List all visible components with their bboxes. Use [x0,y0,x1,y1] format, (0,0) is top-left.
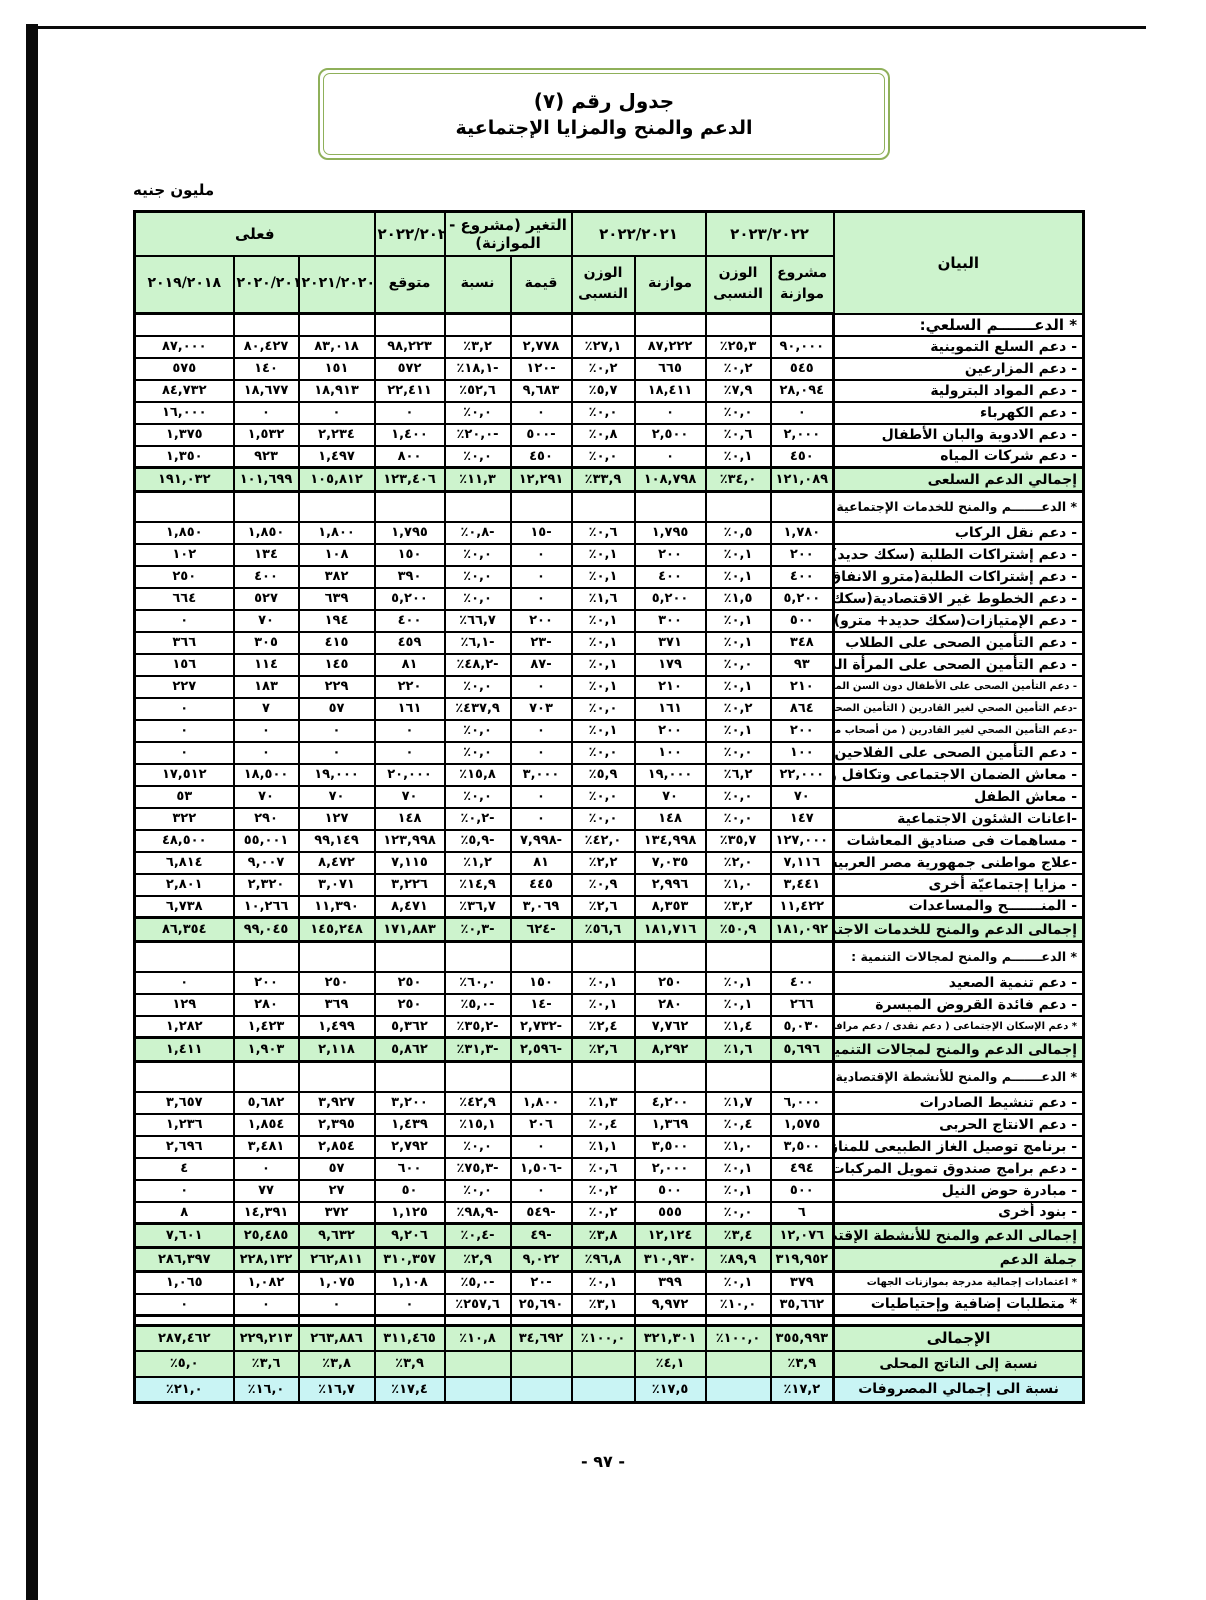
table-row: - دعم الادوية والبان الأطفال٢,٠٠٠٪٠,٦٢,٥… [135,424,1084,446]
statement-cell: الإجمالى [834,1326,1084,1351]
section-header-cell: * الدعـــــــم السلعي: [834,314,1084,336]
value-cell: ٢٢٩ [299,676,375,698]
value-cell: ١,٣٥٠ [135,446,234,468]
value-cell: ٢٠٠ [771,720,834,742]
value-cell: ٪٣,١ [572,1294,635,1316]
value-cell: ١٨,٦٧٧ [234,380,299,402]
value-cell: ٢٥,٦٩٠ [511,1294,572,1316]
value-cell: ١٢٣,٤٠٦ [375,468,445,492]
value-cell: ١,١٢٥ [375,1202,445,1224]
statement-cell: نسبة إلى الناتج المحلى [834,1351,1084,1377]
statement-cell: - دعم الكهرباء [834,402,1084,424]
value-cell [299,314,375,336]
value-cell: ٤٥٠ [771,446,834,468]
value-cell: ٪٤٢,٠ [572,830,635,852]
value-cell: ٪٩٨,٩- [445,1202,511,1224]
value-cell: ٪٠,٠ [706,1202,771,1224]
value-cell [706,314,771,336]
value-cell: ٢٧ [299,1180,375,1202]
value-cell: ٪٠,٠ [706,654,771,676]
value-cell: ١٨,٤١١ [635,380,706,402]
value-cell: ١٤٨ [635,808,706,830]
value-cell: ٠ [635,402,706,424]
value-cell: ٪٤٣٧,٩ [445,698,511,720]
header-subcolumn: نسبة [445,256,511,314]
value-cell: ٠ [135,1180,234,1202]
value-cell: ١٦١ [635,698,706,720]
value-cell: ٪١,٣ [572,1092,635,1114]
value-cell [635,492,706,522]
header-group: التغير (مشروع - الموازنة) [445,212,572,256]
statement-cell: إجمالى الدعم والمنح للخدمات الاجتماعية [834,918,1084,942]
value-cell: ٨,٣٥٣ [635,896,706,918]
value-cell: ٪١,٢ [445,852,511,874]
statement-cell: - المنـــــــح والمساعدات [834,896,1084,918]
value-cell: ١٥٦ [135,654,234,676]
value-cell: ١٠٨ [299,544,375,566]
table-row: * دعم الإسكان الإجتماعى ( دعم نقدى / دعم… [135,1016,1084,1038]
value-cell: ٪٢,٩ [445,1248,511,1272]
value-cell: ٪٣٤,٠ [706,468,771,492]
value-cell: ٧,٩٩٨- [511,830,572,852]
value-cell: ٪٠,١ [572,654,635,676]
value-cell: ٪٤٢,٩ [445,1092,511,1114]
value-cell: ٪٤٨,٢- [445,654,511,676]
value-cell: ٢٢٧ [135,676,234,698]
value-cell: ٢,٢٣٤ [299,424,375,446]
statement-cell: - دعم المزارعين [834,358,1084,380]
value-cell: ٢٨٧,٤٦٢ [135,1326,234,1351]
value-cell: ٪٠,٠ [572,402,635,424]
value-cell: ٢٥٠ [635,972,706,994]
value-cell: ١٠٨,٧٩٨ [635,468,706,492]
value-cell [511,1062,572,1092]
value-cell: ٢٢,٤١١ [375,380,445,402]
table-row: إجمالى الدعم والمنح لمجالات التنمية٥,٦٩٦… [135,1038,1084,1062]
value-cell: ٪٠,٢ [572,1202,635,1224]
statement-cell: - بنود أخرى [834,1202,1084,1224]
table-row: -دعم التأمين الصحي لغير القادرين ( التأم… [135,698,1084,720]
table-row: * الدعـــــــم السلعي: [135,314,1084,336]
statement-cell: إجمالى الدعم والمنح للأنشطة الإقتصادية [834,1224,1084,1248]
value-cell: ٢,٨٠١ [135,874,234,896]
value-cell: ٪٠,٠ [572,698,635,720]
value-cell: ٪٣,٩ [771,1351,834,1377]
value-cell: ٥٧ [299,698,375,720]
value-cell: ٩٨,٢٢٣ [375,336,445,358]
value-cell: ٪٦٠,٠ [445,972,511,994]
value-cell: ٪٣,٨ [572,1224,635,1248]
value-cell: ٨٦٤ [771,698,834,720]
value-cell: ٢٩٠ [234,808,299,830]
value-cell: ٪١,٠ [706,1136,771,1158]
value-cell [445,1377,511,1403]
value-cell: ٨٧,٢٢٢ [635,336,706,358]
value-cell: ٥,٠٣٠ [771,1016,834,1038]
value-cell: ٪٠,٠ [445,742,511,764]
statement-column-header: البيان [834,212,1084,314]
value-cell: ١٣٤,٩٩٨ [635,830,706,852]
value-cell: ٧٠ [299,786,375,808]
table-header: البيان٢٠٢٣/٢٠٢٢٢٠٢٢/٢٠٢١التغير (مشروع - … [135,212,1084,314]
table-row: - دعم نقل الركاب١,٧٨٠٪٠,٥١,٧٩٥٪٠,٦١٥-٪٠,… [135,522,1084,544]
value-cell: ٪٠,١ [572,610,635,632]
value-cell: ٥٠٠ [771,1180,834,1202]
value-cell: ١,٩٠٣ [234,1038,299,1062]
value-cell: ٪٢٥,٣ [706,336,771,358]
value-cell: ٢,٧٩٢ [375,1136,445,1158]
value-cell: ٪٥,٩- [445,830,511,852]
value-cell: ٠ [375,720,445,742]
table-row: إجمالى الدعم والمنح للأنشطة الإقتصادية١٢… [135,1224,1084,1248]
value-cell: ٣,٠٧١ [299,874,375,896]
value-cell: ٤ [135,1158,234,1180]
table-row: - دعم إشتراكات الطلبة (سكك حديد)٢٠٠٪٠,١٢… [135,544,1084,566]
value-cell: ٣,٦٥٧ [135,1092,234,1114]
value-cell: ٥٠٠- [511,424,572,446]
value-cell: ٢٠٠ [635,720,706,742]
value-cell [771,314,834,336]
value-cell: ٢,٨٥٤ [299,1136,375,1158]
value-cell [511,1377,572,1403]
value-cell: ٪٠,٠ [445,566,511,588]
value-cell: ٪٠,١ [572,972,635,994]
value-cell: ٩٢٣ [234,446,299,468]
value-cell: ٠ [771,402,834,424]
value-cell [234,314,299,336]
table-row: - معاش الطفل٧٠٪٠,٠٧٠٪٠,٠٠٪٠,٠٧٠٧٠٧٠٥٣ [135,786,1084,808]
value-cell: ٥,٣٦٢ [375,1016,445,1038]
value-cell: ٪٠,١ [572,720,635,742]
value-cell: ١٩,٠٠٠ [635,764,706,786]
value-cell: ٪١,٥ [706,588,771,610]
table-row: - دعم المواد البترولية٢٨,٠٩٤٪٧,٩١٨,٤١١٪٥… [135,380,1084,402]
value-cell: ٨٠٠ [375,446,445,468]
value-cell: ٠ [135,698,234,720]
table-row: - دعم الانتاج الحربى١,٥٧٥٪٠,٤١,٣٦٩٪٠,٤٢٠… [135,1114,1084,1136]
table-row: * اعتمادات إجمالية مدرجة بموازنات الجهات… [135,1272,1084,1294]
value-cell: ٣,٥٠٠ [635,1136,706,1158]
value-cell: ٪٢,٦ [572,896,635,918]
value-cell: ٧ [234,698,299,720]
value-cell: ٪٠,٠ [706,402,771,424]
table-row: - معاش الضمان الاجتماعى وتكافل وكرامة٢٢,… [135,764,1084,786]
value-cell: ٥,٨٦٢ [375,1038,445,1062]
value-cell: ٦,٠٠٠ [771,1092,834,1114]
value-cell: ٪٣٦,٧ [445,896,511,918]
value-cell: ٠ [135,720,234,742]
value-cell: ٧,٦٠١ [135,1224,234,1248]
table-row [135,1316,1084,1326]
value-cell [706,942,771,972]
value-cell [445,1351,511,1377]
value-cell [375,1316,445,1326]
value-cell: ٢٥,٤٨٥ [234,1224,299,1248]
value-cell: ١٢٧,٠٠٠ [771,830,834,852]
value-cell: ٪٥,٠- [445,1272,511,1294]
value-cell [572,1351,635,1377]
value-cell: ٠ [511,720,572,742]
table-row: جملة الدعم٣١٩,٩٥٢٪٨٩,٩٣١٠,٩٣٠٪٩٦,٨٩,٠٢٢٪… [135,1248,1084,1272]
value-cell: ١٨,٩١٣ [299,380,375,402]
value-cell: ٢,٣٩٥ [299,1114,375,1136]
value-cell: ٪٠,٢ [572,1180,635,1202]
value-cell: ٢٥٠ [375,994,445,1016]
value-cell: ١,٨٥٤ [234,1114,299,1136]
statement-cell: نسبة الى إجمالي المصروفات [834,1377,1084,1403]
value-cell: ٠ [511,1180,572,1202]
statement-cell: -اعانات الشئون الاجتماعية [834,808,1084,830]
value-cell: ٢٠٦ [511,1114,572,1136]
value-cell: ٧٠ [375,786,445,808]
value-cell: ٣,٤٤١ [771,874,834,896]
value-cell: ٪٠,١ [706,632,771,654]
value-cell: ٧,٠٣٥ [635,852,706,874]
table-row: * متطلبات إضافية وإحتياطيات٣٥,٦٦٢٪١٠,٠٩,… [135,1294,1084,1316]
value-cell [511,1351,572,1377]
value-cell: ١٠٠ [635,742,706,764]
value-cell: ٪٠,١ [706,1180,771,1202]
value-cell [375,942,445,972]
value-cell: ٪٧٥,٣- [445,1158,511,1180]
budget-table: البيان٢٠٢٣/٢٠٢٢٢٠٢٢/٢٠٢١التغير (مشروع - … [133,210,1085,1404]
value-cell: ٢٥٠ [135,566,234,588]
value-cell: ١٨,٥٠٠ [234,764,299,786]
value-cell: ٣١٠,٩٣٠ [635,1248,706,1272]
value-cell: ٪٠,٩ [572,874,635,896]
value-cell: ١١,٤٢٢ [771,896,834,918]
value-cell: ٪٣,٢ [706,896,771,918]
value-cell: ٣٤,٦٩٢ [511,1326,572,1351]
value-cell: ٠ [511,588,572,610]
value-cell: ٣,٠٦٩ [511,896,572,918]
value-cell: ٢,٣٢٠ [234,874,299,896]
statement-cell: - دعم إشتراكات الطلبة (سكك حديد) [834,544,1084,566]
value-cell: ٪٠,١ [706,1272,771,1294]
value-cell [771,492,834,522]
value-cell: ١٤٠ [234,358,299,380]
page-number: - ٩٧ - [0,1452,1206,1471]
value-cell: ٥,٢٠٠ [635,588,706,610]
value-cell: ٪٠,٠ [445,544,511,566]
value-cell: ٪٠,٠ [445,786,511,808]
statement-cell: - دعم التأمين الصحى على الطلاب [834,632,1084,654]
value-cell: ٠ [511,402,572,424]
header-subcolumn: قيمة [511,256,572,314]
value-cell: ٪٠,١ [706,610,771,632]
value-cell: ٠ [299,402,375,424]
budget-table-wrapper: البيان٢٠٢٣/٢٠٢٢٢٠٢٢/٢٠٢١التغير (مشروع - … [133,210,1085,1404]
value-cell: ١٢٣,٩٩٨ [375,830,445,852]
value-cell: ٨,٤٧٢ [299,852,375,874]
statement-cell: - دعم التأمين الصحى على الفلاحين [834,742,1084,764]
value-cell: ٦٢٤- [511,918,572,942]
value-cell: ٠ [511,742,572,764]
value-cell: ٩,٩٧٢ [635,1294,706,1316]
value-cell: ٪٥٢,٦ [445,380,511,402]
header-group: فعلى [135,212,375,256]
value-cell: ٪١,٠ [706,874,771,896]
value-cell: ٨٧- [511,654,572,676]
table-row: - دعم التأمين الصحى على الأطفال دون السن… [135,676,1084,698]
statement-cell: - مزايا إجتماعيّة أخرى [834,874,1084,896]
value-cell [299,492,375,522]
value-cell: ١١,٣٩٠ [299,896,375,918]
value-cell: ١٦,٠٠٠ [135,402,234,424]
value-cell: ٠ [511,786,572,808]
header-subcolumn: مشروع موازنة [771,256,834,314]
value-cell: ٥٤٥ [771,358,834,380]
table-row: -علاج مواطنى جمهورية مصر العربية٧,١١٦٪٢,… [135,852,1084,874]
value-cell: ٪٣,٦ [234,1351,299,1377]
value-cell: ٪٢,٢ [572,852,635,874]
value-cell: ٢٨٦,٣٩٧ [135,1248,234,1272]
value-cell: ٨ [135,1202,234,1224]
value-cell: ٪١,٧ [706,1092,771,1114]
value-cell: ٪١٠٠,٠ [706,1326,771,1351]
table-row: - بنود أخرى٦٪٠,٠٥٥٥٪٠,٢٥٤٩-٪٩٨,٩-١,١٢٥٣٧… [135,1202,1084,1224]
value-cell [445,1062,511,1092]
scan-edge-top [38,26,1146,29]
value-cell: ٪١,٤ [706,1016,771,1038]
value-cell: ١,٣٦٩ [635,1114,706,1136]
statement-cell: - معاش الضمان الاجتماعى وتكافل وكرامة [834,764,1084,786]
value-cell: ٩,٦٣٢ [299,1224,375,1248]
value-cell: ٪٠,٣- [445,918,511,942]
value-cell: ٪٢,٦ [572,1038,635,1062]
table-row: -اعانات الشئون الاجتماعية١٤٧٪٠,٠١٤٨٪٠,٠٠… [135,808,1084,830]
value-cell: ٪٠,٦ [706,424,771,446]
section-header-cell: * الدعـــــــم والمنح للخدمات الإجتماعية… [834,492,1084,522]
value-cell: ١٢٠- [511,358,572,380]
value-cell: ١٥- [511,522,572,544]
statement-cell: - دعم برامج صندوق تمويل المركبات [834,1158,1084,1180]
value-cell: ١٨١,٧١٦ [635,918,706,942]
header-subcolumn: ٢٠٢٠/٢٠١٩ [234,256,299,314]
value-cell: ١,٨٠٠ [299,522,375,544]
value-cell: ١,٠٧٥ [299,1272,375,1294]
value-cell: ٣٦٦ [135,632,234,654]
value-cell: ٥٥٥ [635,1202,706,1224]
value-cell: ٤٠٠ [375,610,445,632]
value-cell: ١١٤ [234,654,299,676]
value-cell: ٤١٥ [299,632,375,654]
value-cell: ٢٠- [511,1272,572,1294]
value-cell: ٤٠٠ [771,972,834,994]
value-cell: ٢٢٠ [375,676,445,698]
value-cell: ٪٠,٨ [572,424,635,446]
value-cell: ٢,٥٩٦- [511,1038,572,1062]
value-cell: ٢,٧٧٨ [511,336,572,358]
value-cell: ١٨١,٠٩٢ [771,918,834,942]
value-cell [299,1316,375,1326]
value-cell: ٢٥٠ [299,972,375,994]
title-box-inner: جدول رقم (٧) الدعم والمنح والمزايا الإجت… [323,73,885,155]
value-cell: ٪٠,٠ [572,808,635,830]
value-cell: ٢,٥٠٠ [635,424,706,446]
table-row: - مزايا إجتماعيّة أخرى٣,٤٤١٪١,٠٢,٩٩٦٪٠,٩… [135,874,1084,896]
value-cell: ٢,٠٠٠ [635,1158,706,1180]
value-cell: ٦٠٠ [375,1158,445,1180]
value-cell: ١٠٠ [771,742,834,764]
value-cell: ٢,٠٠٠ [771,424,834,446]
value-cell: ٪١٥,٨ [445,764,511,786]
value-cell: ٪٠,١ [706,720,771,742]
value-cell: ٣١٩,٩٥٢ [771,1248,834,1272]
value-cell: ٪٢١,٠ [135,1377,234,1403]
value-cell: ٪٣١,٣- [445,1038,511,1062]
page-title: جدول رقم (٧) [534,89,674,113]
value-cell: ٥٠ [375,1180,445,1202]
value-cell: ٪٠,٢- [445,808,511,830]
value-cell: ١٠٥,٨١٢ [299,468,375,492]
value-cell [511,1316,572,1326]
value-cell: ٪١٧,٥ [635,1377,706,1403]
value-cell: ١٢,٠٧٦ [771,1224,834,1248]
value-cell: ٪٣٥,٢- [445,1016,511,1038]
table-row: - دعم برامج صندوق تمويل المركبات٤٩٤٪٠,١٢… [135,1158,1084,1180]
value-cell: ٠ [375,402,445,424]
value-cell [375,492,445,522]
value-cell: ٩,٠٠٧ [234,852,299,874]
value-cell: ٢٠٠ [771,544,834,566]
value-cell: ١٧١,٨٨٣ [375,918,445,942]
header-group: ٢٠٢٢/٢٠٢١ [375,212,445,256]
value-cell: ١٧,٥١٢ [135,764,234,786]
value-cell: ٪٠,٦ [572,1158,635,1180]
value-cell: ١,٥٣٢ [234,424,299,446]
value-cell: ١,٧٩٥ [635,522,706,544]
value-cell: ٢٠٠ [511,610,572,632]
value-cell: ٩,٦٨٣ [511,380,572,402]
statement-cell: - مساهمات فى صناديق المعاشات [834,830,1084,852]
value-cell: ١,٢٣٦ [135,1114,234,1136]
value-cell: ٠ [299,742,375,764]
value-cell [706,1351,771,1377]
value-cell: ٨٤,٧٣٢ [135,380,234,402]
value-cell: ٠ [299,720,375,742]
value-cell: ٪٠,٢ [572,358,635,380]
value-cell: ٪١٥,١ [445,1114,511,1136]
value-cell: ٨٣,٠١٨ [299,336,375,358]
value-cell: ١٢,١٢٤ [635,1224,706,1248]
value-cell: ٢,٩٩٦ [635,874,706,896]
value-cell: ٪٠,١ [572,1272,635,1294]
value-cell: ٩٠,٠٠٠ [771,336,834,358]
statement-cell: - دعم شركات المياه [834,446,1084,468]
value-cell: ٥٣ [135,786,234,808]
value-cell: ٪٠,١ [706,972,771,994]
value-cell: ٪٠,٥ [706,522,771,544]
statement-cell: -دعم التأمين الصحي لغير القادرين ( من أص… [834,720,1084,742]
value-cell: ٥٧٥ [135,358,234,380]
value-cell: ٪٠,١ [706,994,771,1016]
statement-cell: - دعم تنشيط الصادرات [834,1092,1084,1114]
value-cell: ١٩,٠٠٠ [299,764,375,786]
table-row: - دعم التأمين الصحى على الفلاحين١٠٠٪٠,٠١… [135,742,1084,764]
value-cell: ٥٠٠ [771,610,834,632]
value-cell: ٢٥٠ [375,972,445,994]
value-cell: ١٢٧ [299,808,375,830]
value-cell: ٪٧,٩ [706,380,771,402]
value-cell: ٥٥,٠٠١ [234,830,299,852]
unit-label: مليون جنيه [133,181,214,199]
value-cell [445,314,511,336]
value-cell [706,492,771,522]
value-cell: ٪١٦,٧ [299,1377,375,1403]
value-cell: ١٤٨ [375,808,445,830]
value-cell [511,942,572,972]
